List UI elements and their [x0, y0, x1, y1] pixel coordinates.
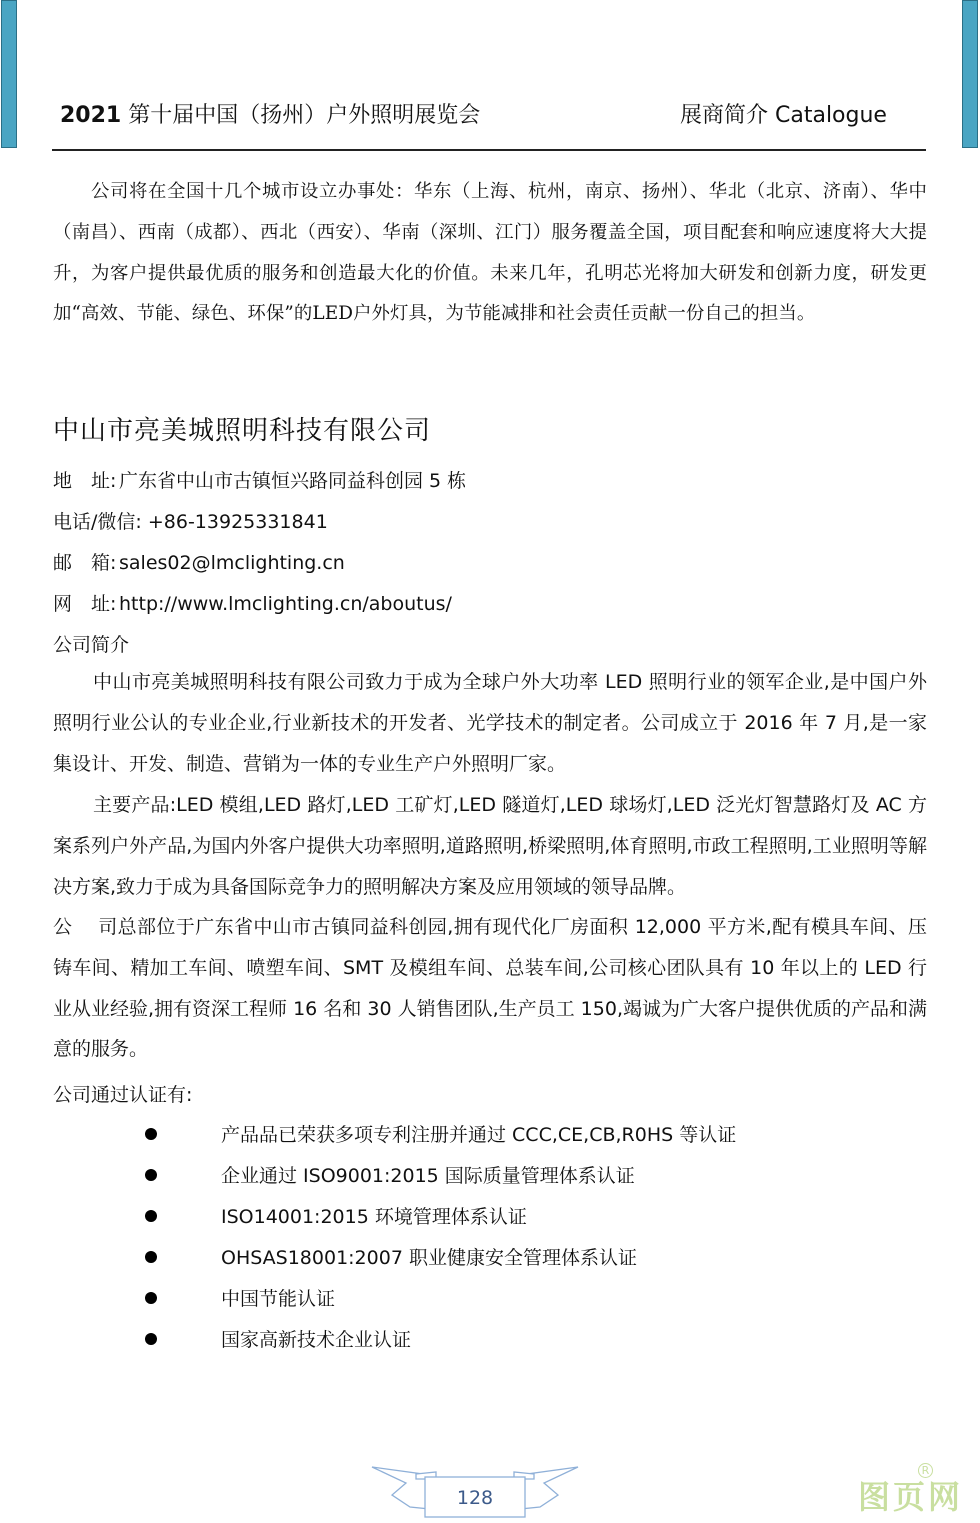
page-header: 2021 第十届中国（扬州）户外照明展览会 展商简介 Catalogue [60, 98, 900, 134]
address-label: 地 址: [53, 466, 119, 493]
section-title: 展商简介 Catalogue [680, 98, 887, 129]
header-divider [52, 149, 926, 151]
exhibition-title: 2021 第十届中国（扬州）户外照明展览会 [60, 98, 480, 129]
exhibition-year: 2021 [60, 103, 121, 128]
phone-line: 电话/微信: +86-13925331841 [53, 507, 328, 534]
certification-heading: 公司通过认证有: [53, 1080, 192, 1107]
watermark-logo: 图页网 [858, 1472, 963, 1518]
company-name: 中山市亮美城照明科技有限公司 [53, 410, 431, 447]
bullet-icon [145, 1251, 157, 1263]
exhibition-name: 第十届中国（扬州）户外照明展览会 [128, 103, 480, 128]
profile-paragraph-2: 主要产品:LED 模组,LED 路灯,LED 工矿灯,LED 隧道灯,LED 球… [53, 785, 927, 907]
bullet-icon [145, 1292, 157, 1304]
phone-value: +86-13925331841 [142, 511, 328, 533]
bullet-icon [145, 1210, 157, 1222]
website-value[interactable]: http://www.lmclighting.cn/aboutus/ [119, 593, 452, 615]
email-value[interactable]: sales02@lmclighting.cn [119, 552, 345, 574]
address-value: 广东省中山市古镇恒兴路同益科创园 5 栋 [119, 470, 466, 492]
website-label: 网 址: [53, 589, 119, 616]
bullet-icon [145, 1128, 157, 1140]
bullet-icon [145, 1333, 157, 1345]
profile-paragraph-3: 公 司总部位于广东省中山市古镇同益科创园,拥有现代化厂房面积 12,000 平方… [53, 907, 927, 1070]
profile-paragraph-1: 中山市亮美城照明科技有限公司致力于成为全球户外大功率 LED 照明行业的领军企业… [53, 662, 927, 784]
left-decorative-bar [1, 0, 17, 148]
phone-label: 电话/微信: [53, 507, 142, 534]
bullet-icon [145, 1169, 157, 1181]
email-line: 邮 箱:sales02@lmclighting.cn [53, 548, 345, 575]
email-label: 邮 箱: [53, 548, 119, 575]
intro-paragraph: 公司将在全国十几个城市设立办事处：华东（上海、杭州，南京、扬州）、华北（北京、济… [53, 172, 927, 335]
website-line: 网 址:http://www.lmclighting.cn/aboutus/ [53, 589, 452, 616]
profile-heading: 公司简介 [53, 630, 129, 657]
page-number-ribbon: 128 [370, 1465, 580, 1521]
right-decorative-bar [962, 0, 978, 148]
page-number: 128 [370, 1487, 580, 1509]
registered-mark-icon: R [918, 1463, 933, 1478]
address-line: 地 址:广东省中山市古镇恒兴路同益科创园 5 栋 [53, 466, 466, 493]
